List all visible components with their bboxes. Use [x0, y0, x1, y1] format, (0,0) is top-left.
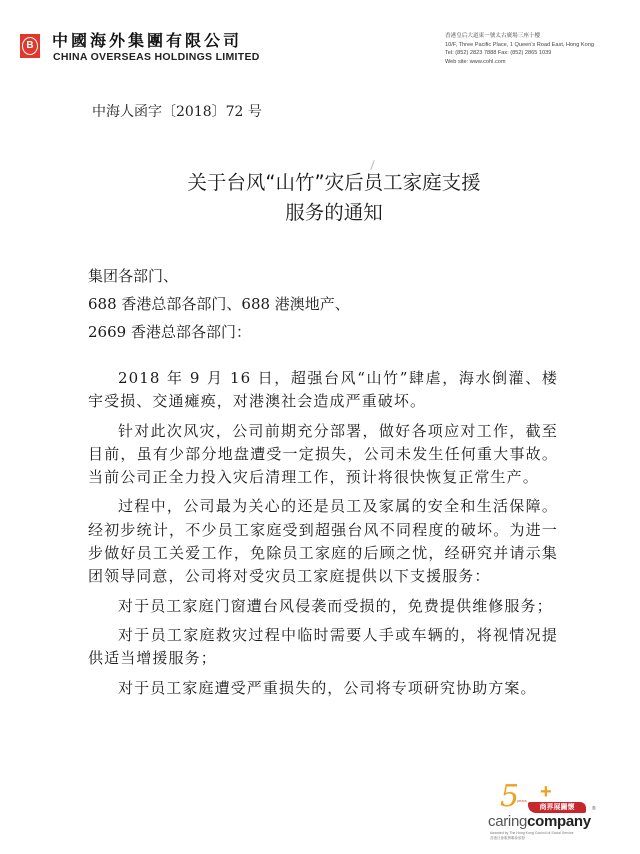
caring-banner: 商界展關懷	[528, 802, 586, 813]
paragraph-employee-care: 过程中，公司最为关心的还是员工及家属的安全和生活保障。经初步统计，不少员工家庭受…	[88, 495, 558, 588]
reference-number: 中海人函字〔2018〕72 号	[92, 101, 262, 121]
company-name-en: CHINA OVERSEAS HOLDINGS LIMITED	[53, 51, 260, 63]
company-name-cn: 中國海外集團有限公司	[52, 32, 242, 50]
years-label: years	[517, 798, 527, 803]
title-line-1: 关于台风“山竹”灾后员工家庭支援	[28, 168, 640, 198]
company-address-block: 香港皇后大道東一號太古廣場三座十樓 10/F, Three Pacific Pl…	[445, 32, 594, 66]
logo-glyph: B	[22, 37, 38, 55]
caring-company-logo: 5 years + 商界展關懷 ® caringcompany Awarded …	[488, 782, 608, 848]
recipient-line: 集团各部门、	[88, 262, 350, 290]
subtitle-cn: 香港社會服務聯會頒發	[490, 836, 574, 841]
five-years-number: 5	[500, 782, 519, 812]
plus-icon: +	[540, 782, 552, 802]
paragraph-special-assistance: 对于员工家庭遭受严重损失的，公司将专项研究协助方案。	[88, 677, 558, 700]
paragraph-manpower-service: 对于员工家庭救灾过程中临时需要人手或车辆的，将视情况提供适当增援服务；	[88, 624, 558, 671]
registered-mark: ®	[592, 806, 596, 812]
address-line-cn: 香港皇后大道東一號太古廣場三座十樓	[445, 32, 594, 41]
paragraph-typhoon-impact: 2018 年 9 月 16 日，超强台风“山竹”肆虐，海水倒灌、楼宇受损、交通瘫…	[88, 367, 558, 414]
document-body: 2018 年 9 月 16 日，超强台风“山竹”肆虐，海水倒灌、楼宇受损、交通瘫…	[88, 367, 558, 700]
website-line: Web site: www.cohl.com	[445, 58, 594, 67]
recipient-line: 688 香港总部各部门、688 港澳地产、	[88, 290, 350, 318]
caring-company-wordmark: caringcompany	[488, 814, 591, 830]
address-line-en: 10/F, Three Pacific Place, 1 Queen's Roa…	[445, 41, 594, 50]
title-line-2: 服务的通知	[28, 198, 640, 228]
recipient-line: 2669 香港总部各部门：	[88, 318, 350, 346]
recipients-block: 集团各部门、 688 香港总部各部门、688 港澳地产、 2669 香港总部各部…	[88, 262, 350, 346]
caring-company-subtitle: Awarded by The Hong Kong Council of Soci…	[490, 831, 574, 841]
paragraph-company-response: 针对此次风灾，公司前期充分部署，做好各项应对工作，截至目前，虽有少部分地盘遭受一…	[88, 420, 558, 490]
company-logo-icon: B	[20, 34, 40, 58]
wordmark-company: company	[527, 813, 591, 830]
letterhead: B 中國海外集團有限公司 CHINA OVERSEAS HOLDINGS LIM…	[0, 0, 640, 80]
paragraph-repair-service: 对于员工家庭门窗遭台风侵袭而受损的，免费提供维修服务；	[88, 595, 558, 618]
phone-fax-line: Tel: (852) 2823 7888 Fax: (852) 2865 103…	[445, 49, 594, 58]
document-title: 关于台风“山竹”灾后员工家庭支援 服务的通知	[0, 168, 640, 228]
wordmark-caring: caring	[488, 813, 527, 830]
